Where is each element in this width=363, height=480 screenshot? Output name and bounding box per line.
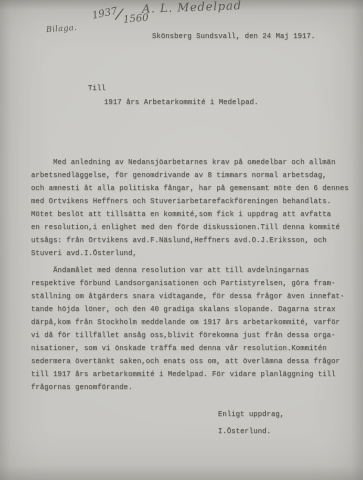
typed-line: och amnesti åt alla politiska fångar, ha… — [31, 183, 356, 196]
typed-line: arbetsnedläggelse, för genomdrivande av … — [31, 170, 356, 183]
typed-line: nisationer, som vi önskade träffa med de… — [31, 343, 356, 356]
typed-line: utsågs: från Ortvikens avd.F.Näslund,Hef… — [31, 235, 356, 248]
typed-line: med Ortvikens Heffners och Stuveriarbeta… — [31, 196, 356, 209]
salutation-to: Till — [88, 85, 106, 93]
scanned-letter-page: 1937/1560 Bilaga. A. L. Medelpad Skönsbe… — [0, 0, 363, 480]
dateline: Skönsberg Sundsvall, den 24 Maj 1917. — [152, 33, 315, 41]
typed-line: sedermera övertänkt saken,och enats oss … — [31, 356, 356, 369]
paragraph-2: Ändamålet med denna resolution var att t… — [31, 265, 356, 395]
letter-body: Med anledning av Nedansjöarbetarnes krav… — [31, 157, 356, 395]
typed-line: därpå,kom från Stockholm meddelande om 1… — [31, 317, 356, 330]
recipient-line: 1917 års Arbetarkommité i Medelpad. — [104, 99, 258, 107]
typed-line: Ändamålet med denna resolution var att t… — [31, 265, 356, 278]
typed-line: respektive förbund Landsorganisationen o… — [31, 278, 356, 291]
typed-line: vi då för tillfället ansåg oss,blivit fö… — [31, 330, 356, 343]
signature-name: I.Österlund. — [218, 428, 271, 436]
typed-line: ställning om åtgärders snara vidtagande,… — [31, 291, 356, 304]
typed-line: en resolution,i enlighet med den förde d… — [31, 222, 356, 235]
typed-line: Med anledning av Nedansjöarbetarnes krav… — [31, 157, 356, 170]
bilaga-annotation: Bilaga. — [46, 23, 78, 34]
typed-line: tande höjda löner, och den 40 gradiga sk… — [31, 304, 356, 317]
collection-annotation: A. L. Medelpad — [142, 0, 242, 16]
typed-line: Mötet beslöt att tillsätta en kommité,so… — [31, 209, 356, 222]
closing-phrase: Enligt uppdrag, — [218, 411, 284, 419]
paragraph-1: Med anledning av Nedansjöarbetarnes krav… — [31, 157, 356, 261]
typed-line: till 1917 års arbetarkommité i Medelpad.… — [31, 369, 356, 382]
archive-registry-number: 1937/1560 — [91, 1, 148, 24]
registry-number-year: 1937 — [91, 6, 118, 22]
typed-line: Stuveri avd.I.Österlund, — [31, 248, 356, 261]
typed-line: frågornas genomförande. — [31, 382, 356, 395]
